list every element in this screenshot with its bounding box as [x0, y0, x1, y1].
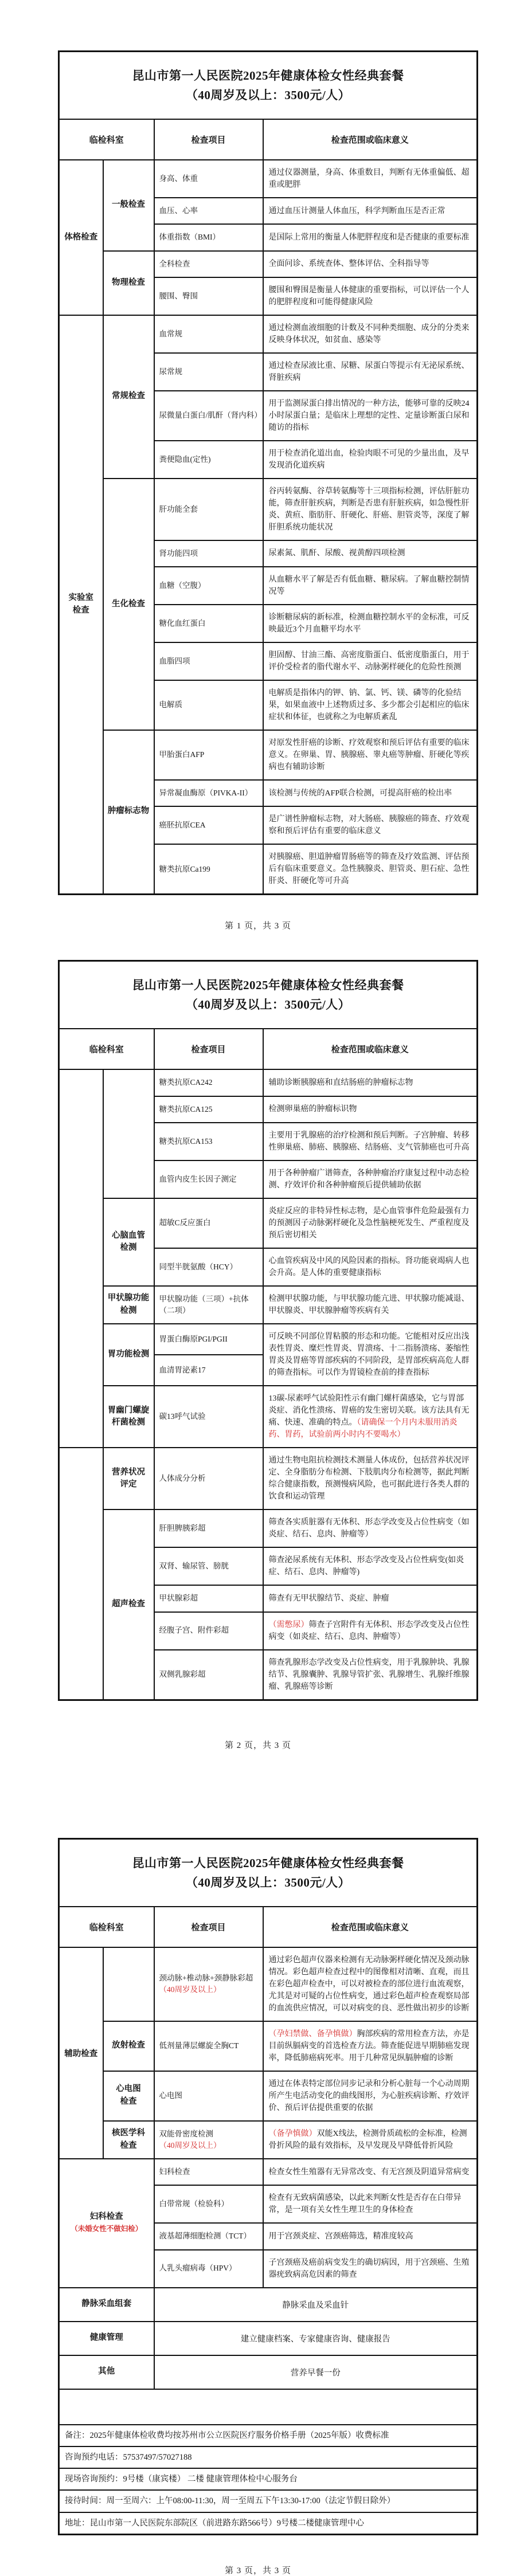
red-notice-text: （40周岁及以上）	[159, 1985, 221, 1994]
table-row: 心电图 检查心电图通过在体表特定部位同步记录和分析心脏每一个心动周期所产生电活动…	[59, 2071, 478, 2121]
clinical-meaning-cell: 通过血压计测量人体血压，科学判断血压是否正常	[263, 198, 478, 224]
exam-item-cell: 经腹子宫、附件彩超	[154, 1612, 263, 1650]
table-row: 健康管理建立健康档案、专家健康咨询、健康报告	[59, 2322, 478, 2355]
exam-item-cell: 异常凝血酶原（PIVKA-II）	[154, 780, 263, 806]
clinical-meaning-cell: 心血管疾病及中风的风险因素的指标。肾功能衰竭病人也会升高。是人体的重要健康指标	[263, 1248, 478, 1286]
merged-content-cell: 建立健康档案、专家健康咨询、健康报告	[154, 2322, 478, 2355]
clinical-meaning-cell: 主要用于乳腺癌的治疗检测和预后判断。子宫肿瘤、转移性卵巢癌、肺癌、胰腺癌、结肠癌…	[263, 1123, 478, 1160]
clinical-meaning-cell: 通过在体表特定部位同步记录和分析心脏每一个心动周期所产生电活动变化的曲线图形，为…	[263, 2071, 478, 2121]
clinical-meaning-cell: 用于检查消化道出血，检验肉眼不可见的少量出血，及早发现消化道疾病	[263, 441, 478, 479]
exam-item-cell: 甲状腺彩超	[154, 1585, 263, 1612]
exam-item-cell: 人体成分分析	[154, 1448, 263, 1509]
exam-item-cell: 液基超薄细胞检测（TCT）	[154, 2223, 263, 2249]
clinical-meaning-cell: 谷丙转氨酶、谷草转氨酶等十三项指标检测，评估肝脏功能，筛查肝脏疾病，判断是否患有…	[263, 479, 478, 540]
clinical-meaning-cell: 电解质是指体内的钾、钠、氯、钙、镁、磷等的化验结果，如果血液中上述物质过多、多少…	[263, 680, 478, 730]
red-notice-text: （未婚女性不做妇检）	[71, 2225, 142, 2233]
table-row: 辅助检查颈动脉+椎动脉+颈静脉彩超 （40周岁及以上）通过彩色超声仪器来检测有无…	[59, 1947, 478, 2021]
department-cell: 心电图 检查	[103, 2071, 154, 2121]
department-cell: 放射检查	[103, 2021, 154, 2071]
exam-item-cell: 低剂量薄层螺旋全胸CT	[154, 2021, 263, 2071]
column-header: 临检科室	[59, 119, 154, 160]
table-row: 心脑血管 检测超敏C反应蛋白炎症反应的非特异性标志物，是心血管事件危险最强有力的…	[59, 1198, 478, 1248]
table-row: 体格检查一般检查身高、体重通过仪器测量，身高、体重数目，判断有无体重偏低、超重或…	[59, 160, 478, 198]
exam-item-cell: 粪便隐血(定性)	[154, 441, 263, 479]
text-segment: 双能骨密度检测	[159, 2130, 214, 2138]
department-cell: 辅助检查	[59, 1947, 103, 2159]
exam-item-cell: 血压、心率	[154, 198, 263, 224]
clinical-meaning-cell: 全面问诊、系统查体、整体评估、全科指导等	[263, 251, 478, 277]
table-row: 胃幽门螺旋 杆菌检测碳13呼气试验13碳-尿素呼气试验阳性示有幽门螺杆菌感染，它…	[59, 1386, 478, 1448]
table-row: 超声检查肝胆脾胰彩超筛查各实质脏器有无体积、形态学改变及占位性病变（如炎症、结石…	[59, 1509, 478, 1547]
exam-item-cell: 尿常规	[154, 353, 263, 391]
column-header: 检查项目	[154, 1907, 263, 1947]
page-title: 昆山市第一人民医院2025年健康体检女性经典套餐 （40周岁及以上：3500元/…	[59, 52, 478, 120]
exam-item-cell: 双侧乳腺彩超	[154, 1650, 263, 1700]
exam-item-cell: 超敏C反应蛋白	[154, 1198, 263, 1248]
exam-item-cell: 糖类抗原CA153	[154, 1123, 263, 1160]
exam-item-cell: 电解质	[154, 680, 263, 730]
table-row: 核医学科 检查双能骨密度检测 （40周岁及以上）（备孕慎做）双能X线法，检测骨质…	[59, 2121, 478, 2159]
clinical-meaning-cell: （孕妇禁做、备孕慎做）胸部疾病的常用检查方法，亦是目前纵膈病变的首选检查方法。筛…	[263, 2021, 478, 2071]
exam-item-cell: 腰围、臀围	[154, 277, 263, 315]
exam-item-cell: 人乳头瘤病毒（HPV）	[154, 2250, 263, 2288]
clinical-meaning-cell: 用于监测尿蛋白排出情况的一种方法，能够可靠的反映24小时尿蛋白量；是临床上理想的…	[263, 391, 478, 441]
exam-item-cell: 尿微量白蛋白/肌酐（肾内科）	[154, 391, 263, 441]
exam-item-cell: 同型半胱氨酸（HCY）	[154, 1248, 263, 1286]
clinical-meaning-cell: 用于宫颈炎症、宫颈癌筛选，精准度较高	[263, 2223, 478, 2249]
clinical-meaning-cell: 用于各种肿瘤广谱筛查，各种肿瘤治疗康复过程中动态检测、疗效评价和各种肿瘤预后提供…	[263, 1160, 478, 1198]
clinical-meaning-cell: 该检测与传统的AFP联合检测，可提高肝癌的检出率	[263, 780, 478, 806]
table-row: 其他营养早餐一份	[59, 2355, 478, 2389]
exam-item-cell: 双肾、输尿管、膀胱	[154, 1547, 263, 1585]
department-cell: 实验室 检查	[59, 315, 103, 895]
department-cell: 肿瘤标志物	[103, 730, 154, 895]
table-row: 肿瘤标志物甲胎蛋白AFP对原发性肝癌的诊断、疗效观察和预后评估有重要的临床意义。…	[59, 730, 478, 780]
clinical-meaning-cell: 可反映不同部位胃粘膜的形态和功能。它能相对反应出浅表性胃炎、糜烂性胃炎、胃溃疡、…	[263, 1324, 478, 1386]
clinical-meaning-cell: 是国际上常用的衡量人体肥胖程度和是否健康的重要标准	[263, 224, 478, 250]
page-title: 昆山市第一人民医院2025年健康体检女性经典套餐 （40周岁及以上：3500元/…	[59, 1838, 478, 1907]
exam-item-cell: 全科检查	[154, 251, 263, 277]
exam-item-cell: 甲胎蛋白AFP	[154, 730, 263, 780]
exam-item-cell: 血清胃泌素17	[154, 1355, 263, 1386]
clinical-meaning-cell: 胆固醇、甘油三酯、高密度脂蛋白、低密度脂蛋白，用于评价受检者的脂代谢水平、动脉粥…	[263, 642, 478, 680]
exam-item-cell: 双能骨密度检测 （40周岁及以上）	[154, 2121, 263, 2159]
department-cell: 静脉采血组套	[59, 2288, 154, 2322]
column-header: 检查范围或临床意义	[263, 1907, 478, 1947]
note-cell: 接待时间：周一至周六：上午08:00-11:30，周一至周五下午13:30-17…	[59, 2490, 478, 2512]
page-title: 昆山市第一人民医院2025年健康体检女性经典套餐 （40周岁及以上：3500元/…	[59, 961, 478, 1029]
red-notice-text: （备孕慎做）	[269, 2130, 317, 2138]
department-cell: 物理检查	[103, 251, 154, 315]
clinical-meaning-cell: （需憋尿）筛查子宫附件有无体积、形态学改变及占位性病变（如炎症、结石、息肉、肿瘤…	[263, 1612, 478, 1650]
clinical-meaning-cell: 通过检测血液细胞的计数及不同种类细胞、成分的分类来反映身体状况，如贫血、感染等	[263, 315, 478, 353]
text-segment: 妇科检查	[90, 2212, 123, 2221]
merged-content-cell: 静脉采血及采血针	[154, 2288, 478, 2322]
clinical-meaning-cell: 诊断糖尿病的新标准，检测血糖控制水平的金标准，可反映最近3个月血糖平均水平	[263, 605, 478, 642]
red-notice-text: （需憋尿）	[269, 1621, 309, 1629]
table-row: 胃功能检测胃蛋白酶原PGI/PGII可反映不同部位胃粘膜的形态和功能。它能相对反…	[59, 1324, 478, 1355]
clinical-meaning-cell: 炎症反应的非特异性标志物，是心血管事件危险最强有力的预测因子动脉粥样硬化及急性脑…	[263, 1198, 478, 1248]
column-header: 检查范围或临床意义	[263, 1029, 478, 1069]
health-checkup-document: 昆山市第一人民医院2025年健康体检女性经典套餐 （40周岁及以上：3500元/…	[0, 50, 516, 2576]
department-cell: 胃功能检测	[103, 1324, 154, 1386]
department-cell: 心脑血管 检测	[103, 1198, 154, 1286]
clinical-meaning-cell: 通过生物电阻抗检测技术测量人体成份，包括营养状况评定、全身脂肪分布检测、下肢肌肉…	[263, 1448, 478, 1509]
exam-item-cell: 碳13呼气试验	[154, 1386, 263, 1448]
exam-item-cell: 糖类抗原CA125	[154, 1096, 263, 1123]
table-row: 现场咨询预约：9号楼（康宾楼） 二楼 健康管理体检中心服务台	[59, 2468, 478, 2490]
clinical-meaning-cell: 检查女性生殖器有无异常改变、有无宫颈及阴道异常病变	[263, 2159, 478, 2185]
red-notice-text: （孕妇禁做、备孕慎做）	[269, 2030, 357, 2038]
clinical-meaning-cell: 对胰腺癌、胆道肿瘤胃肠癌等的筛查及疗效监测、评估预后有临床重要意义。急性胰腺炎、…	[263, 844, 478, 895]
department-cell: 核医学科 检查	[103, 2121, 154, 2159]
exam-item-cell: 胃蛋白酶原PGI/PGII	[154, 1324, 263, 1355]
table-row: 接待时间：周一至周六：上午08:00-11:30，周一至周五下午13:30-17…	[59, 2490, 478, 2512]
exam-item-cell: 心电图	[154, 2071, 263, 2121]
table-row: 妇科检查 （未婚女性不做妇检）妇科检查检查女性生殖器有无异常改变、有无宫颈及阴道…	[59, 2159, 478, 2185]
department-cell	[103, 1947, 154, 2021]
clinical-meaning-cell: 腰围和臀围是衡量人体健康的重要指标，可以评估一个人的肥胖程度和可能得健康风险	[263, 277, 478, 315]
column-header: 临检科室	[59, 1029, 154, 1069]
note-cell: 现场咨询预约：9号楼（康宾楼） 二楼 健康管理体检中心服务台	[59, 2468, 478, 2490]
table-row: 糖类抗原CA242辅助诊断胰腺癌和直结肠癌的肿瘤标志物	[59, 1069, 478, 1096]
clinical-meaning-cell: 通过仪器测量，身高、体重数目，判断有无体重偏低、超重或肥胖	[263, 160, 478, 198]
department-cell	[59, 1069, 103, 1448]
clinical-meaning-cell: 筛查各实质脏器有无体积、形态学改变及占位性病变（如炎症、结石、息肉、肿瘤等）	[263, 1509, 478, 1547]
clinical-meaning-cell: （备孕慎做）双能X线法，检测骨质疏松的金标准，检测骨折风险的最有效指标，及早发现…	[263, 2121, 478, 2159]
table-row: 静脉采血组套静脉采血及采血针	[59, 2288, 478, 2322]
page-number-footer: 第 1 页，共 3 页	[0, 919, 516, 931]
exam-item-cell: 血常规	[154, 315, 263, 353]
note-cell	[59, 2389, 478, 2425]
column-header: 检查项目	[154, 1029, 263, 1069]
exam-item-cell: 白带常规（检验科）	[154, 2185, 263, 2223]
merged-content-cell: 营养早餐一份	[154, 2355, 478, 2389]
table-row: 实验室 检查常规检查血常规通过检测血液细胞的计数及不同种类细胞、成分的分类来反映…	[59, 315, 478, 353]
exam-item-cell: 颈动脉+椎动脉+颈静脉彩超 （40周岁及以上）	[154, 1947, 263, 2021]
department-cell: 其他	[59, 2355, 154, 2389]
department-cell: 常规检查	[103, 315, 154, 479]
table-row: 物理检查全科检查全面问诊、系统查体、整体评估、全科指导等	[59, 251, 478, 277]
clinical-meaning-cell: 辅助诊断胰腺癌和直结肠癌的肿瘤标志物	[263, 1069, 478, 1096]
exam-item-cell: 甲状腺功能（三项）+抗体（二项）	[154, 1286, 263, 1324]
clinical-meaning-cell: 筛查泌尿系统有无体积、形态学改变及占位性病变(如炎症、结石、息肉、肿瘤等)	[263, 1547, 478, 1585]
exam-item-cell: 血糖（空腹）	[154, 567, 263, 605]
package-table-page-1: 昆山市第一人民医院2025年健康体检女性经典套餐 （40周岁及以上：3500元/…	[58, 50, 478, 895]
exam-item-cell: 糖类抗原CA242	[154, 1069, 263, 1096]
clinical-meaning-cell: 筛查乳腺形态学改变及占位性病变，用于乳腺肿块、乳腺结节、乳腺囊肿、乳腺导管扩张、…	[263, 1650, 478, 1700]
red-notice-text: （40周岁及以上）	[159, 2141, 221, 2150]
note-cell: 地址：昆山市第一人民医院东部院区（前进路东路566号）9号楼二楼健康管理中心	[59, 2512, 478, 2535]
clinical-meaning-cell: 检测卵巢癌的肿瘤标识物	[263, 1096, 478, 1123]
clinical-meaning-cell: 尿素氮、肌酐、尿酸、视黄醇四项检测	[263, 540, 478, 567]
exam-item-cell: 身高、体重	[154, 160, 263, 198]
exam-item-cell: 癌胚抗原CEA	[154, 806, 263, 844]
table-row: 放射检查低剂量薄层螺旋全胸CT（孕妇禁做、备孕慎做）胸部疾病的常用检查方法，亦是…	[59, 2021, 478, 2071]
department-cell: 甲状腺功能 检测	[103, 1286, 154, 1324]
clinical-meaning-cell: 检查有无致病菌感染，以此来判断女性是否存在白带异常，是一项有关女性生理卫生的身体…	[263, 2185, 478, 2223]
exam-item-cell: 血脂四项	[154, 642, 263, 680]
exam-item-cell: 糖化血红蛋白	[154, 605, 263, 642]
exam-item-cell: 肾功能四项	[154, 540, 263, 567]
clinical-meaning-cell: 对原发性肝癌的诊断、疗效观察和预后评估有重要的临床意义。在卵巢、胃、胰腺癌、睾丸…	[263, 730, 478, 780]
clinical-meaning-cell: 从血糖水平了解是否有低血糖、糖尿病。了解血糖控制情况等	[263, 567, 478, 605]
package-table-page-2: 昆山市第一人民医院2025年健康体检女性经典套餐 （40周岁及以上：3500元/…	[58, 960, 478, 1700]
exam-item-cell: 肝功能全套	[154, 479, 263, 540]
department-cell: 营养状况 评定	[103, 1448, 154, 1509]
exam-item-cell: 妇科检查	[154, 2159, 263, 2185]
department-cell: 体格检查	[59, 160, 103, 315]
table-row: 营养状况 评定人体成分分析通过生物电阻抗检测技术测量人体成份，包括营养状况评定、…	[59, 1448, 478, 1509]
column-header: 检查项目	[154, 119, 263, 160]
clinical-meaning-cell: 检测甲状腺功能，与甲状腺功能亢进、甲状腺功能减退、甲状腺炎、甲状腺肿瘤等疾病有关	[263, 1286, 478, 1324]
clinical-meaning-cell: 子宫颈癌及癌前病变发生的确切病因，用于宫颈癌、生殖器疣致病高危因素的筛查	[263, 2250, 478, 2288]
department-cell: 胃幽门螺旋 杆菌检测	[103, 1386, 154, 1448]
note-cell: 咨询预约电话：57537497/57027188	[59, 2446, 478, 2468]
table-row	[59, 2389, 478, 2425]
column-header: 检查范围或临床意义	[263, 119, 478, 160]
department-cell: 妇科检查 （未婚女性不做妇检）	[59, 2159, 154, 2288]
clinical-meaning-cell: 13碳-尿素呼气试验阳性示有幽门螺杆菌感染，它与胃部炎症、消化性溃疡、胃癌的发生…	[263, 1386, 478, 1448]
department-cell: 生化检查	[103, 479, 154, 730]
exam-item-cell: 肝胆脾胰彩超	[154, 1509, 263, 1547]
table-row: 生化检查肝功能全套谷丙转氨酶、谷草转氨酶等十三项指标检测，评估肝脏功能，筛查肝脏…	[59, 479, 478, 540]
table-row: 甲状腺功能 检测甲状腺功能（三项）+抗体（二项）检测甲状腺功能，与甲状腺功能亢进…	[59, 1286, 478, 1324]
exam-item-cell: 血管内皮生长因子测定	[154, 1160, 263, 1198]
table-row: 咨询预约电话：57537497/57027188	[59, 2446, 478, 2468]
text-segment: 颈动脉+椎动脉+颈静脉彩超	[159, 1974, 253, 1982]
department-cell	[103, 1069, 154, 1198]
clinical-meaning-cell: 通过检查尿液比重、尿糖、尿蛋白等提示有无泌尿系统、肾脏疾病	[263, 353, 478, 391]
clinical-meaning-cell: 筛查有无甲状腺结节、炎症、肿瘤	[263, 1585, 478, 1612]
note-cell: 备注：2025年健康体检收费均按苏州市公立医院医疗服务价格手册（2025年版）收…	[59, 2425, 478, 2446]
page-number-footer: 第 3 页，共 3 页	[0, 2564, 516, 2576]
pages-root: 昆山市第一人民医院2025年健康体检女性经典套餐 （40周岁及以上：3500元/…	[0, 50, 516, 2576]
exam-item-cell: 糖类抗原Ca199	[154, 844, 263, 895]
department-cell	[59, 1448, 103, 1700]
table-row: 备注：2025年健康体检收费均按苏州市公立医院医疗服务价格手册（2025年版）收…	[59, 2425, 478, 2446]
department-cell: 健康管理	[59, 2322, 154, 2355]
department-cell: 超声检查	[103, 1509, 154, 1700]
column-header: 临检科室	[59, 1907, 154, 1947]
exam-item-cell: 体重指数（BMI）	[154, 224, 263, 250]
department-cell: 一般检查	[103, 160, 154, 251]
clinical-meaning-cell: 通过彩色超声仪器来检测有无动脉粥样硬化情况及颈动脉情况。彩色超声检查过程中的图像…	[263, 1947, 478, 2021]
clinical-meaning-cell: 是广谱性肿瘤标志物，对大肠癌、胰腺癌的筛查、疗效观察和预后评估有重要的临床意义	[263, 806, 478, 844]
table-row: 地址：昆山市第一人民医院东部院区（前进路东路566号）9号楼二楼健康管理中心	[59, 2512, 478, 2535]
page-number-footer: 第 2 页，共 3 页	[0, 1739, 516, 1751]
package-table-page-3: 昆山市第一人民医院2025年健康体检女性经典套餐 （40周岁及以上：3500元/…	[58, 1838, 478, 2536]
